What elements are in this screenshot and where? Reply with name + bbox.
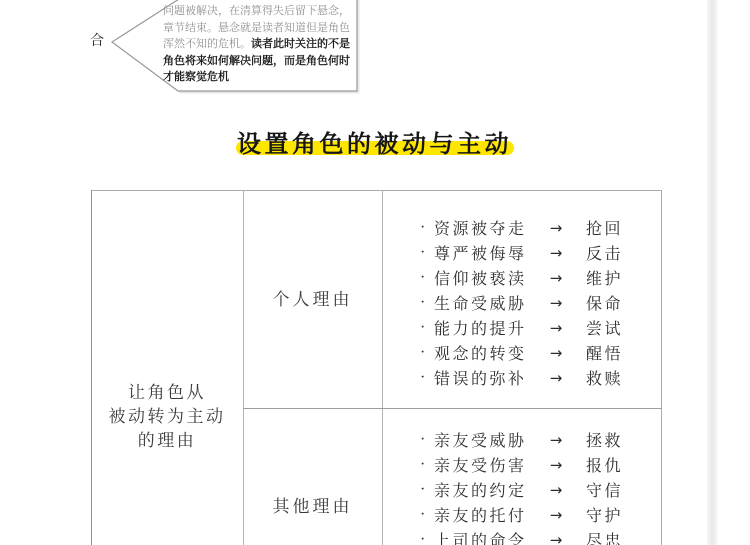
row-header-line: 被动转为主动 xyxy=(91,405,243,429)
table-row-header: 让角色从 被动转为主动 的理由 xyxy=(91,381,243,453)
row-header-line: 让角色从 xyxy=(91,381,243,405)
item-cause: 资源被夺走 xyxy=(434,216,534,239)
item-effect: 救赎 xyxy=(578,366,623,389)
bullet-icon: · xyxy=(420,506,434,524)
list-item: · 信仰被亵渎 → 维护 xyxy=(420,265,655,290)
arrow-icon: → xyxy=(534,456,578,474)
callout-line: 角色将来如何解决问题，而是角色何时 xyxy=(163,53,359,70)
bullet-icon: · xyxy=(420,531,434,545)
item-cause: 上司的命令 xyxy=(434,528,534,545)
item-effect: 拯救 xyxy=(578,428,623,451)
item-effect: 守护 xyxy=(578,503,623,526)
structure-stage-label: 合 xyxy=(88,33,106,51)
item-cause: 能力的提升 xyxy=(434,316,534,339)
arrow-icon: → xyxy=(534,369,578,387)
other-reason-list: · 亲友受威胁 → 拯救 · 亲友受伤害 → 报仇 · 亲友的约定 → 守信 ·… xyxy=(420,427,655,545)
list-item: · 尊严被侮辱 → 反击 xyxy=(420,240,655,265)
callout-gray-text: 浑然不知的危机。 xyxy=(163,38,251,50)
table-border-top xyxy=(91,190,662,191)
arrow-icon: → xyxy=(534,344,578,362)
list-item: · 亲友的约定 → 守信 xyxy=(420,477,655,502)
arrow-icon: → xyxy=(534,431,578,449)
bullet-icon: · xyxy=(420,294,434,312)
callout-bold-text: 角色将来如何解决问题，而是角色何时 xyxy=(163,55,350,67)
arrow-icon: → xyxy=(534,481,578,499)
bullet-icon: · xyxy=(420,244,434,262)
table-border-left xyxy=(91,190,92,545)
list-item: · 亲友受伤害 → 报仇 xyxy=(420,452,655,477)
item-cause: 尊严被侮辱 xyxy=(434,241,534,264)
list-item: · 亲友受威胁 → 拯救 xyxy=(420,427,655,452)
list-item: · 能力的提升 → 尝试 xyxy=(420,315,655,340)
section-title: 设置角色的被动与主动 xyxy=(237,124,512,159)
bullet-icon: · xyxy=(420,344,434,362)
item-effect: 报仇 xyxy=(578,453,623,476)
list-item: · 资源被夺走 → 抢回 xyxy=(420,215,655,240)
callout-gray-text: 问题被解决，在清算得失后留下悬念， xyxy=(163,5,350,17)
list-item: · 亲友的托付 → 守护 xyxy=(420,502,655,527)
item-cause: 亲友的托付 xyxy=(434,503,534,526)
row-header-line: 的理由 xyxy=(91,429,243,453)
item-cause: 亲友受威胁 xyxy=(434,428,534,451)
item-effect: 醒悟 xyxy=(578,341,623,364)
list-item: · 错误的弥补 → 救赎 xyxy=(420,365,655,390)
item-effect: 尽忠 xyxy=(578,528,623,545)
arrow-icon: → xyxy=(534,269,578,287)
table-border-right xyxy=(661,190,662,545)
list-item: · 生命受威胁 → 保命 xyxy=(420,290,655,315)
item-cause: 信仰被亵渎 xyxy=(434,266,534,289)
page-edge-shadow xyxy=(707,0,718,545)
arrow-icon: → xyxy=(534,219,578,237)
arrow-icon: → xyxy=(534,506,578,524)
item-effect: 维护 xyxy=(578,266,623,289)
callout-bold-text: 才能察觉危机 xyxy=(163,71,229,83)
bullet-icon: · xyxy=(420,319,434,337)
item-cause: 亲友的约定 xyxy=(434,478,534,501)
personal-reason-list: · 资源被夺走 → 抢回 · 尊严被侮辱 → 反击 · 信仰被亵渎 → 维护 ·… xyxy=(420,215,655,390)
callout-text: 问题被解决，在清算得失后留下悬念， 章节结束。悬念就是读者知道但是角色 浑然不知… xyxy=(163,3,359,86)
table-row-divider xyxy=(243,408,662,409)
callout-line: 章节结束。悬念就是读者知道但是角色 xyxy=(163,20,359,37)
table-column-divider xyxy=(243,190,244,545)
arrow-icon: → xyxy=(534,531,578,545)
list-item: · 观念的转变 → 醒悟 xyxy=(420,340,655,365)
item-effect: 守信 xyxy=(578,478,623,501)
bullet-icon: · xyxy=(420,481,434,499)
bullet-icon: · xyxy=(420,369,434,387)
callout-line: 问题被解决，在清算得失后留下悬念， xyxy=(163,3,359,20)
item-effect: 反击 xyxy=(578,241,623,264)
callout-line: 浑然不知的危机。读者此时关注的不是 xyxy=(163,36,359,53)
arrow-icon: → xyxy=(534,294,578,312)
item-cause: 亲友受伤害 xyxy=(434,453,534,476)
bullet-icon: · xyxy=(420,269,434,287)
item-cause: 观念的转变 xyxy=(434,341,534,364)
section-title-block: 设置角色的被动与主动 xyxy=(236,124,526,160)
item-effect: 保命 xyxy=(578,291,623,314)
item-effect: 尝试 xyxy=(578,316,623,339)
item-cause: 错误的弥补 xyxy=(434,366,534,389)
bullet-icon: · xyxy=(420,431,434,449)
callout-line: 才能察觉危机 xyxy=(163,69,359,86)
arrow-icon: → xyxy=(534,319,578,337)
callout-bold-text: 读者此时关注的不是 xyxy=(251,38,350,50)
arrow-icon: → xyxy=(534,244,578,262)
item-cause: 生命受威胁 xyxy=(434,291,534,314)
group-label-other: 其他理由 xyxy=(243,497,382,517)
group-label-personal: 个人理由 xyxy=(243,290,382,310)
bullet-icon: · xyxy=(420,219,434,237)
callout-gray-text: 章节结束。悬念就是读者知道但是角色 xyxy=(163,22,350,34)
item-effect: 抢回 xyxy=(578,216,623,239)
table-column-divider xyxy=(382,190,383,545)
book-page: 合 问题被解决，在清算得失后留下悬念， 章节结束。悬念就是读者知道但是角色 浑然… xyxy=(0,0,750,545)
bullet-icon: · xyxy=(420,456,434,474)
list-item: · 上司的命令 → 尽忠 xyxy=(420,527,655,545)
